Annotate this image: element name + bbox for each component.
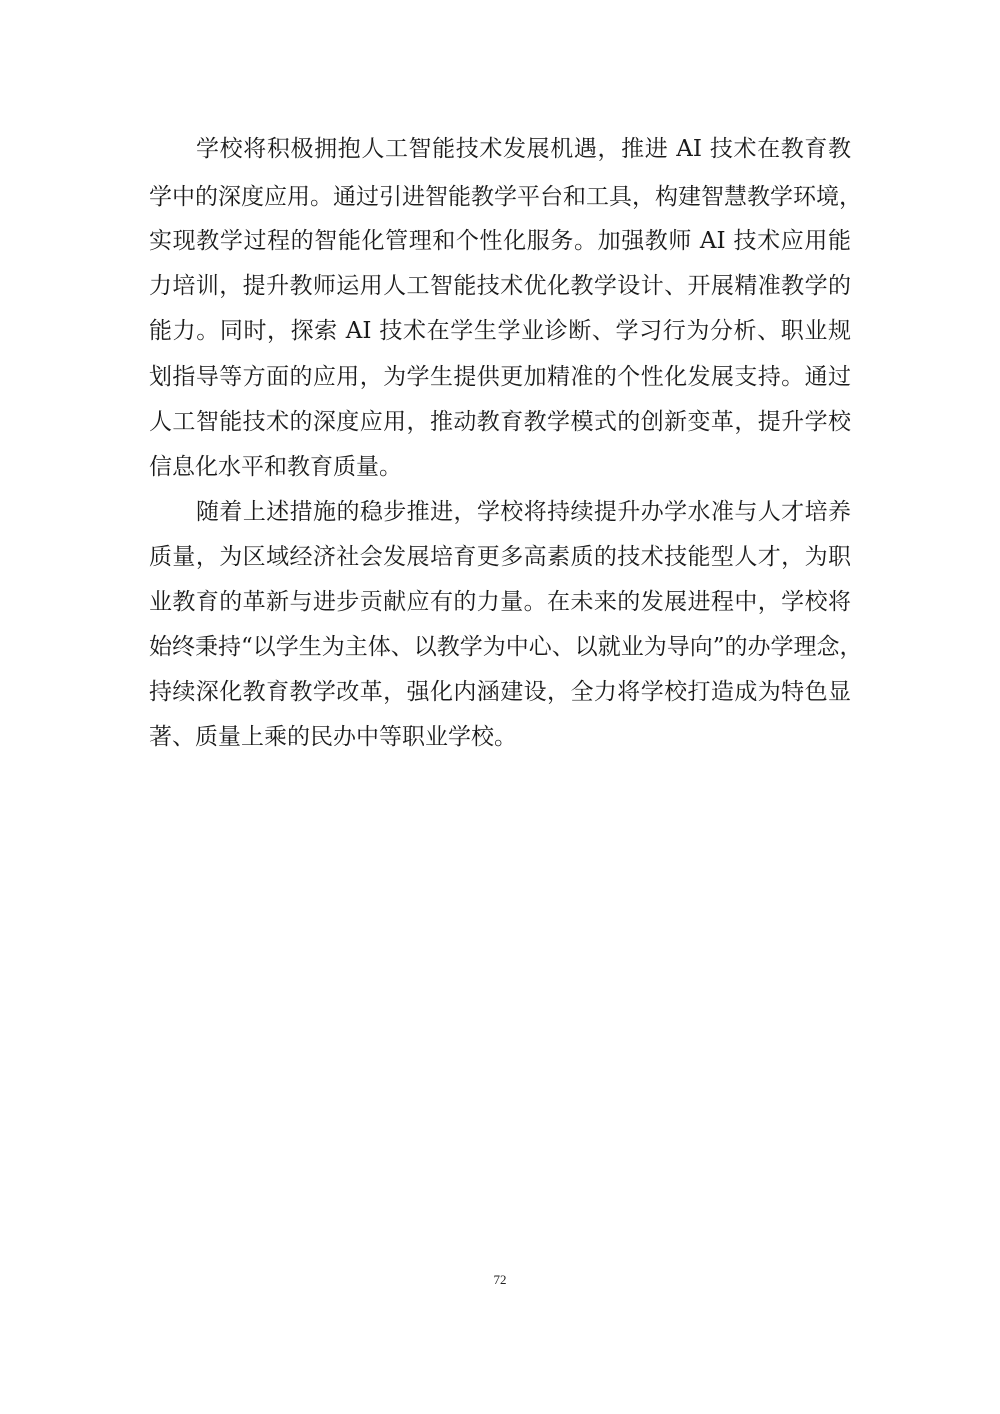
text-line: 实现教学过程的智能化管理和个性化服务。加强教师 AI 技术应用能: [149, 225, 851, 257]
text-line: 质量，为区域经济社会发展培育更多高素质的技术技能型人才，为职: [149, 541, 851, 573]
text-line: 划指导等方面的应用，为学生提供更加精准的个性化发展支持。通过: [149, 361, 851, 393]
text-line: 随着上述措施的稳步推进，学校将持续提升办学水准与人才培养: [196, 496, 851, 528]
text-line: 持续深化教育教学改革，强化内涵建设，全力将学校打造成为特色显: [149, 676, 851, 708]
text-line: 力培训，提升教师运用人工智能技术优化教学设计、开展精准教学的: [149, 270, 851, 302]
text-line: 著、质量上乘的民办中等职业学校。: [149, 721, 851, 753]
text-line: 信息化水平和教育质量。: [149, 451, 851, 483]
text-line: 业教育的革新与进步贡献应有的力量。在未来的发展进程中，学校将: [149, 586, 851, 618]
text-line: 人工智能技术的深度应用，推动教育教学模式的创新变革，提升学校: [149, 406, 851, 438]
text-line: 能力。同时，探索 AI 技术在学生学业诊断、学习行为分析、职业规: [149, 315, 851, 347]
page-number: 72: [0, 1272, 1000, 1288]
text-line: 学中的深度应用。通过引进智能教学平台和工具，构建智慧教学环境，: [149, 181, 851, 213]
text-line: 学校将积极拥抱人工智能技术发展机遇，推进 AI 技术在教育教: [196, 133, 851, 165]
document-page: 学校将积极拥抱人工智能技术发展机遇，推进 AI 技术在教育教 学中的深度应用。通…: [0, 0, 1000, 1414]
text-line: 始终秉持“以学生为主体、以教学为中心、以就业为导向”的办学理念，: [149, 631, 851, 663]
